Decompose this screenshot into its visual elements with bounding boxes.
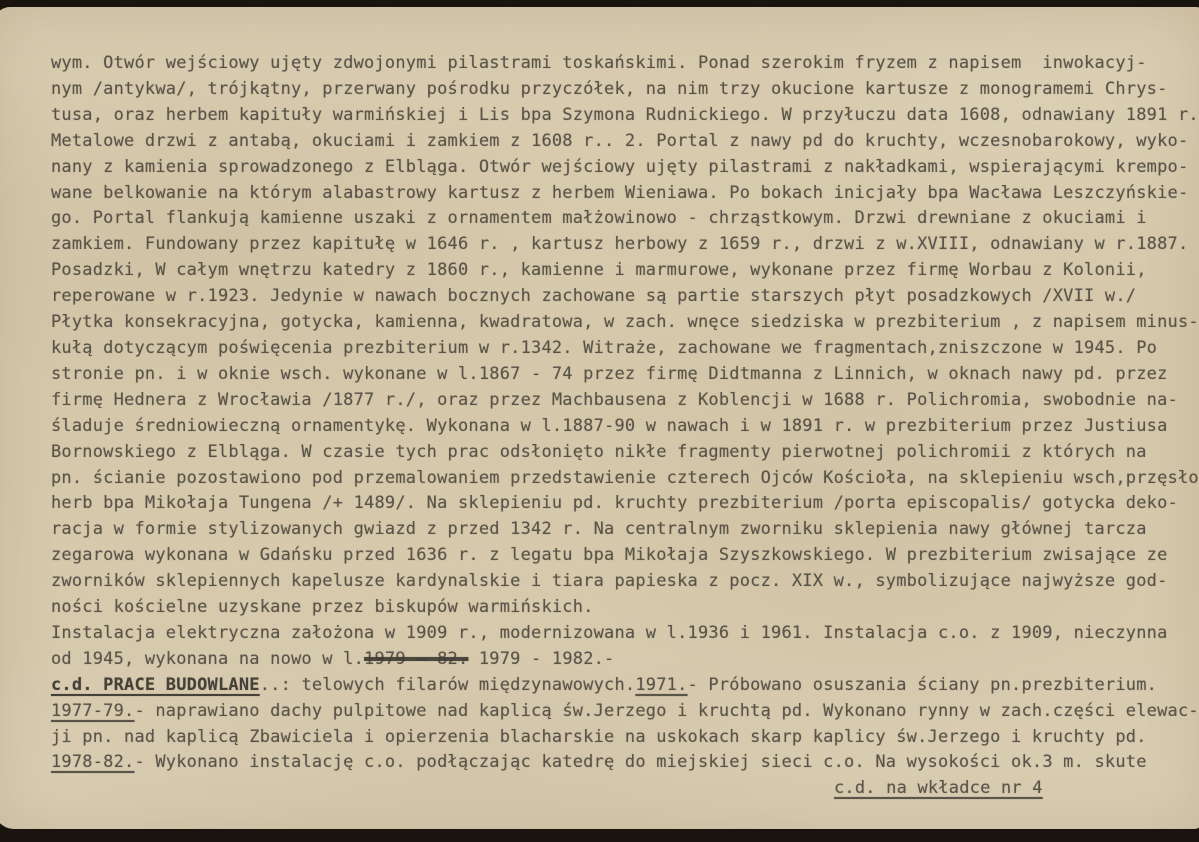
text-segment: reperowane w r.1923. Jedynie w nawach bo… [51,286,1136,306]
text-segment: c.d. na wkładce nr 4 [834,778,1043,798]
text-line: c.d. PRACE BUDOWLANE..: telowych filarów… [51,673,1196,699]
text-segment: go. Portal flankują kamienne uszaki z or… [51,208,1147,228]
scan-background: wym. Otwór wejściowy ujęty zdwojonymi pi… [0,0,1199,842]
text-segment: Instalacja elektryczna założona w 1909 r… [51,623,1168,643]
text-line: nany z kamienia sprowadzonego z Elbląga.… [51,155,1196,181]
text-line: tusa, oraz herbem kapituły warmińskiej i… [51,103,1196,129]
text-segment: od 1945, wykonana na nowo w l. [51,649,364,669]
text-body: wym. Otwór wejściowy ujęty zdwojonymi pi… [51,51,1196,802]
text-segment: firmę Hednera z Wrocławia /1877 r./, ora… [51,390,1178,410]
text-segment: - naprawiano dachy pulpitowe nad kaplicą… [134,701,1198,721]
text-segment: 1971. [635,675,687,695]
text-segment: nym /antykwa/, trójkątny, przerwany pośr… [51,79,1168,99]
text-segment: 1978-82. [51,752,134,772]
text-segment: zamkiem. Fundowany przez kapitułę w 1646… [51,234,1188,254]
text-line: ności kościelne uzyskane przez biskupów … [51,595,1196,621]
text-segment: śladuje średniowieczną ornamentykę. Wyko… [51,416,1168,436]
text-segment: Metalowe drzwi z antabą, okuciami i zamk… [51,131,1188,151]
text-segment: tusa, oraz herbem kapituły warmińskiej i… [51,105,1199,125]
text-segment: - Wykonano instalację c.o. podłączając k… [134,752,1146,772]
text-segment: Posadzki, W całym wnętrzu katedry z 1860… [51,260,1147,280]
text-line: zworników sklepiennych kapelusze kardyna… [51,569,1196,595]
text-line: 1977-79.- naprawiano dachy pulpitowe nad… [51,699,1196,725]
text-segment: stronie pn. i w oknie wsch. wykonane w l… [51,364,1168,384]
text-segment: pn. ścianie pozostawiono pod przemalowan… [51,468,1199,488]
text-segment: c.d. PRACE BUDOWLANE [51,675,260,695]
text-segment: 1979 - 1982.- [468,649,614,669]
text-line: nym /antykwa/, trójkątny, przerwany pośr… [51,77,1196,103]
text-line: Metalowe drzwi z antabą, okuciami i zamk… [51,129,1196,155]
text-segment: - Próbowano osuszania ściany pn.prezbite… [688,675,1158,695]
text-line: śladuje średniowieczną ornamentykę. Wyko… [51,414,1196,440]
text-segment: Płytka konsekracyjna, gotycka, kamienna,… [51,312,1199,332]
text-line: Instalacja elektryczna założona w 1909 r… [51,621,1196,647]
text-line: reperowane w r.1923. Jedynie w nawach bo… [51,284,1196,310]
text-segment: zegarowa wykonana w Gdańsku przed 1636 r… [51,545,1168,565]
text-segment: ji pn. nad kaplicą Zbawiciela i opierzen… [51,727,1147,747]
text-line: stronie pn. i w oknie wsch. wykonane w l… [51,362,1196,388]
text-line: Bornowskiego z Elbląga. W czasie tych pr… [51,440,1196,466]
text-line: wane belkowanie na którym alabastrowy ka… [51,181,1196,207]
text-line: firmę Hednera z Wrocławia /1877 r./, ora… [51,388,1196,414]
text-line: herb bpa Mikołaja Tungena /+ 1489/. Na s… [51,491,1196,517]
text-line: c.d. na wkładce nr 4 [834,776,1196,802]
text-line: wym. Otwór wejściowy ujęty zdwojonymi pi… [51,51,1196,77]
text-segment: racja w formie stylizowanych gwiazd z pr… [51,519,1147,539]
text-line: go. Portal flankują kamienne uszaki z or… [51,206,1196,232]
text-segment: Bornowskiego z Elbląga. W czasie tych pr… [51,442,1147,462]
text-line: Posadzki, W całym wnętrzu katedry z 1860… [51,258,1196,284]
text-line: zamkiem. Fundowany przez kapitułę w 1646… [51,232,1196,258]
text-line: Płytka konsekracyjna, gotycka, kamienna,… [51,310,1196,336]
text-line: zegarowa wykonana w Gdańsku przed 1636 r… [51,543,1196,569]
text-segment: 1977-79. [51,701,134,721]
text-segment: nany z kamienia sprowadzonego z Elbląga.… [51,157,1188,177]
text-segment: herb bpa Mikołaja Tungena /+ 1489/. Na s… [51,493,1178,513]
struck-text-segment: 1979 — 82. [364,649,468,669]
text-line: racja w formie stylizowanych gwiazd z pr… [51,517,1196,543]
paper-card: wym. Otwór wejściowy ujęty zdwojonymi pi… [0,7,1199,829]
text-segment: wane belkowanie na którym alabastrowy ka… [51,183,1188,203]
text-line: ji pn. nad kaplicą Zbawiciela i opierzen… [51,725,1196,751]
text-segment: ności kościelne uzyskane przez biskupów … [51,597,594,617]
text-segment: kułą dotyczącym poświęcenia prezbiterium… [51,338,1157,358]
text-line: pn. ścianie pozostawiono pod przemalowan… [51,466,1196,492]
text-segment: ..: telowych filarów międzynawowych. [260,675,636,695]
text-segment: wym. Otwór wejściowy ujęty zdwojonymi pi… [51,53,1147,73]
text-line: kułą dotyczącym poświęcenia prezbiterium… [51,336,1196,362]
text-line: od 1945, wykonana na nowo w l.1979 — 82.… [51,647,1196,673]
text-segment: zworników sklepiennych kapelusze kardyna… [51,571,1168,591]
text-line: 1978-82.- Wykonano instalację c.o. podłą… [51,750,1196,776]
